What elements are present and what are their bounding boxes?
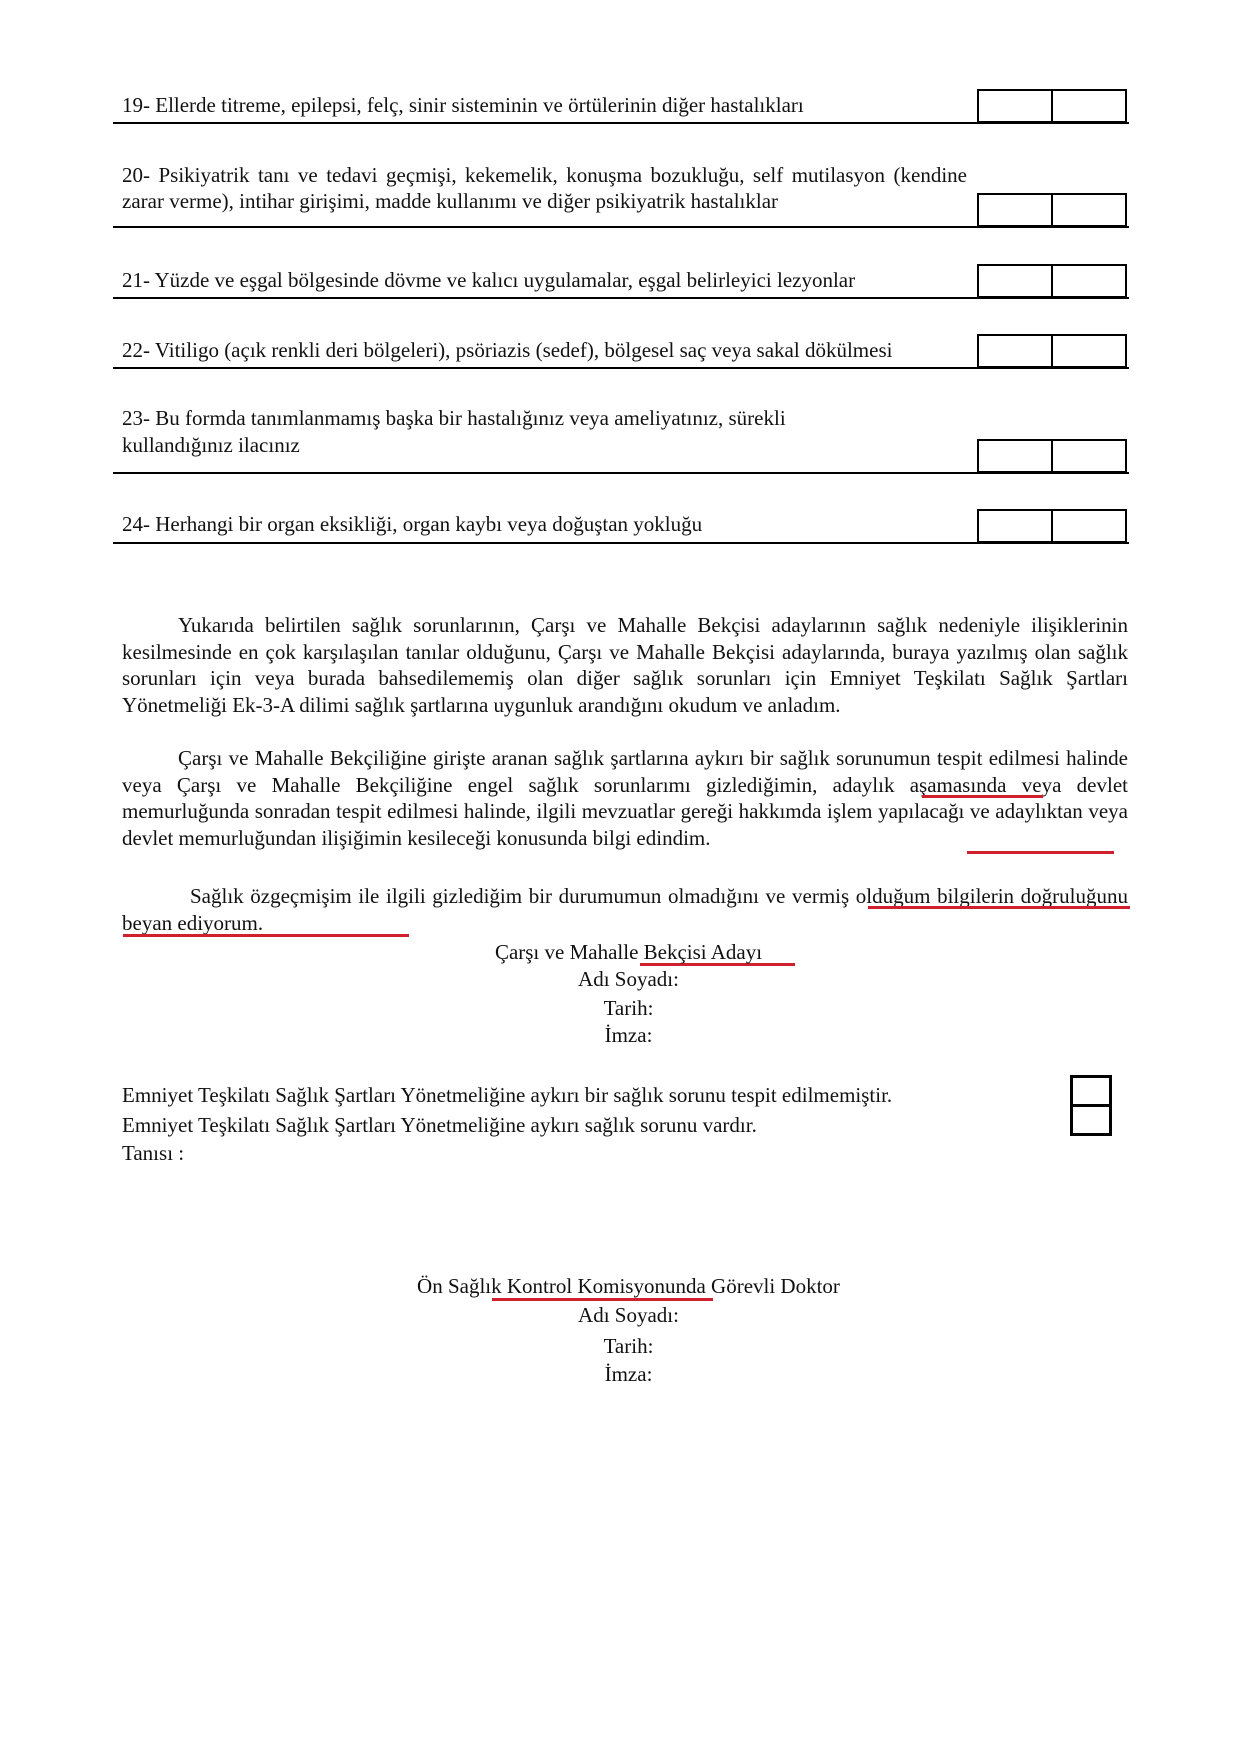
assessment-checkboxes bbox=[1070, 1075, 1112, 1139]
item-19-rule bbox=[113, 122, 1129, 124]
item-24-text: 24- Herhangi bir organ eksikliği, organ … bbox=[122, 511, 702, 537]
annotation-underline-gizledigimin bbox=[922, 795, 1043, 798]
item-20-no-box[interactable] bbox=[1053, 193, 1127, 227]
doctor-signature-label: İmza: bbox=[8, 1361, 1241, 1387]
issue-checkbox[interactable] bbox=[1070, 1104, 1112, 1136]
item-21-yes-box[interactable] bbox=[977, 264, 1053, 298]
assessment-issue-option: Emniyet Teşkilatı Sağlık Şartları Yönetm… bbox=[122, 1112, 757, 1138]
doctor-title: Ön Sağlık Kontrol Komisyonunda Görevli D… bbox=[8, 1273, 1241, 1299]
item-24-no-box[interactable] bbox=[1053, 509, 1127, 543]
candidate-name-label: Adı Soyadı: bbox=[8, 966, 1241, 992]
item-24-rule bbox=[113, 542, 1129, 544]
item-21-answer-boxes bbox=[977, 264, 1127, 298]
doctor-name-label: Adı Soyadı: bbox=[8, 1302, 1241, 1328]
item-19-no-box[interactable] bbox=[1053, 89, 1127, 123]
item-23-rule bbox=[113, 472, 1129, 474]
candidate-date-label: Tarih: bbox=[8, 995, 1241, 1021]
item-20-answer-boxes bbox=[977, 193, 1127, 227]
item-19-text: 19- Ellerde titreme, epilepsi, felç, sin… bbox=[122, 92, 804, 118]
annotation-underline-dogrulugunu bbox=[123, 934, 409, 937]
item-21-text: 21- Yüzde ve eşgal bölgesinde dövme ve k… bbox=[122, 267, 855, 293]
no-issue-checkbox[interactable] bbox=[1070, 1075, 1112, 1107]
candidate-signature-label: İmza: bbox=[8, 1022, 1241, 1048]
item-23-text-line1: 23- Bu formda tanımlanmamış başka bir ha… bbox=[122, 405, 786, 431]
candidate-title: Çarşı ve Mahalle Bekçisi Adayı bbox=[8, 939, 1241, 965]
item-22-rule bbox=[113, 367, 1129, 369]
item-22-text: 22- Vitiligo (açık renkli deri bölgeleri… bbox=[122, 337, 892, 363]
item-20-text: 20- Psikiyatrik tanı ve tedavi geçmişi, … bbox=[122, 162, 967, 214]
declaration-paragraph-2: Çarşı ve Mahalle Bekçiliğine girişte ara… bbox=[122, 745, 1128, 851]
declaration-paragraph-1-text: Yukarıda belirtilen sağlık sorunlarının,… bbox=[122, 613, 1128, 717]
item-23-no-box[interactable] bbox=[1053, 439, 1127, 473]
item-23-yes-box[interactable] bbox=[977, 439, 1053, 473]
item-23-text-line2: kullandığınız ilacınız bbox=[122, 432, 300, 458]
item-22-yes-box[interactable] bbox=[977, 334, 1053, 368]
assessment-no-issue-option: Emniyet Teşkilatı Sağlık Şartları Yönetm… bbox=[122, 1082, 892, 1108]
item-21-no-box[interactable] bbox=[1053, 264, 1127, 298]
item-20-rule bbox=[113, 226, 1129, 228]
declaration-paragraph-3: Sağlık özgeçmişim ile ilgili gizlediğim … bbox=[122, 883, 1128, 936]
item-22-answer-boxes bbox=[977, 334, 1127, 368]
item-19-yes-box[interactable] bbox=[977, 89, 1053, 123]
assessment-diagnosis-label: Tanısı : bbox=[122, 1140, 184, 1166]
item-24-answer-boxes bbox=[977, 509, 1127, 543]
item-21-rule bbox=[113, 297, 1129, 299]
declaration-paragraph-3-text: Sağlık özgeçmişim ile ilgili gizlediğim … bbox=[122, 884, 1128, 935]
annotation-underline-bilgi-edindim bbox=[967, 851, 1114, 854]
item-24-yes-box[interactable] bbox=[977, 509, 1053, 543]
item-20-yes-box[interactable] bbox=[977, 193, 1053, 227]
doctor-date-label: Tarih: bbox=[8, 1333, 1241, 1359]
annotation-underline-vermis-oldugum bbox=[868, 906, 1130, 909]
declaration-paragraph-1: Yukarıda belirtilen sağlık sorunlarının,… bbox=[122, 612, 1128, 718]
item-19-answer-boxes bbox=[977, 89, 1127, 123]
item-22-no-box[interactable] bbox=[1053, 334, 1127, 368]
item-23-answer-boxes bbox=[977, 439, 1127, 473]
